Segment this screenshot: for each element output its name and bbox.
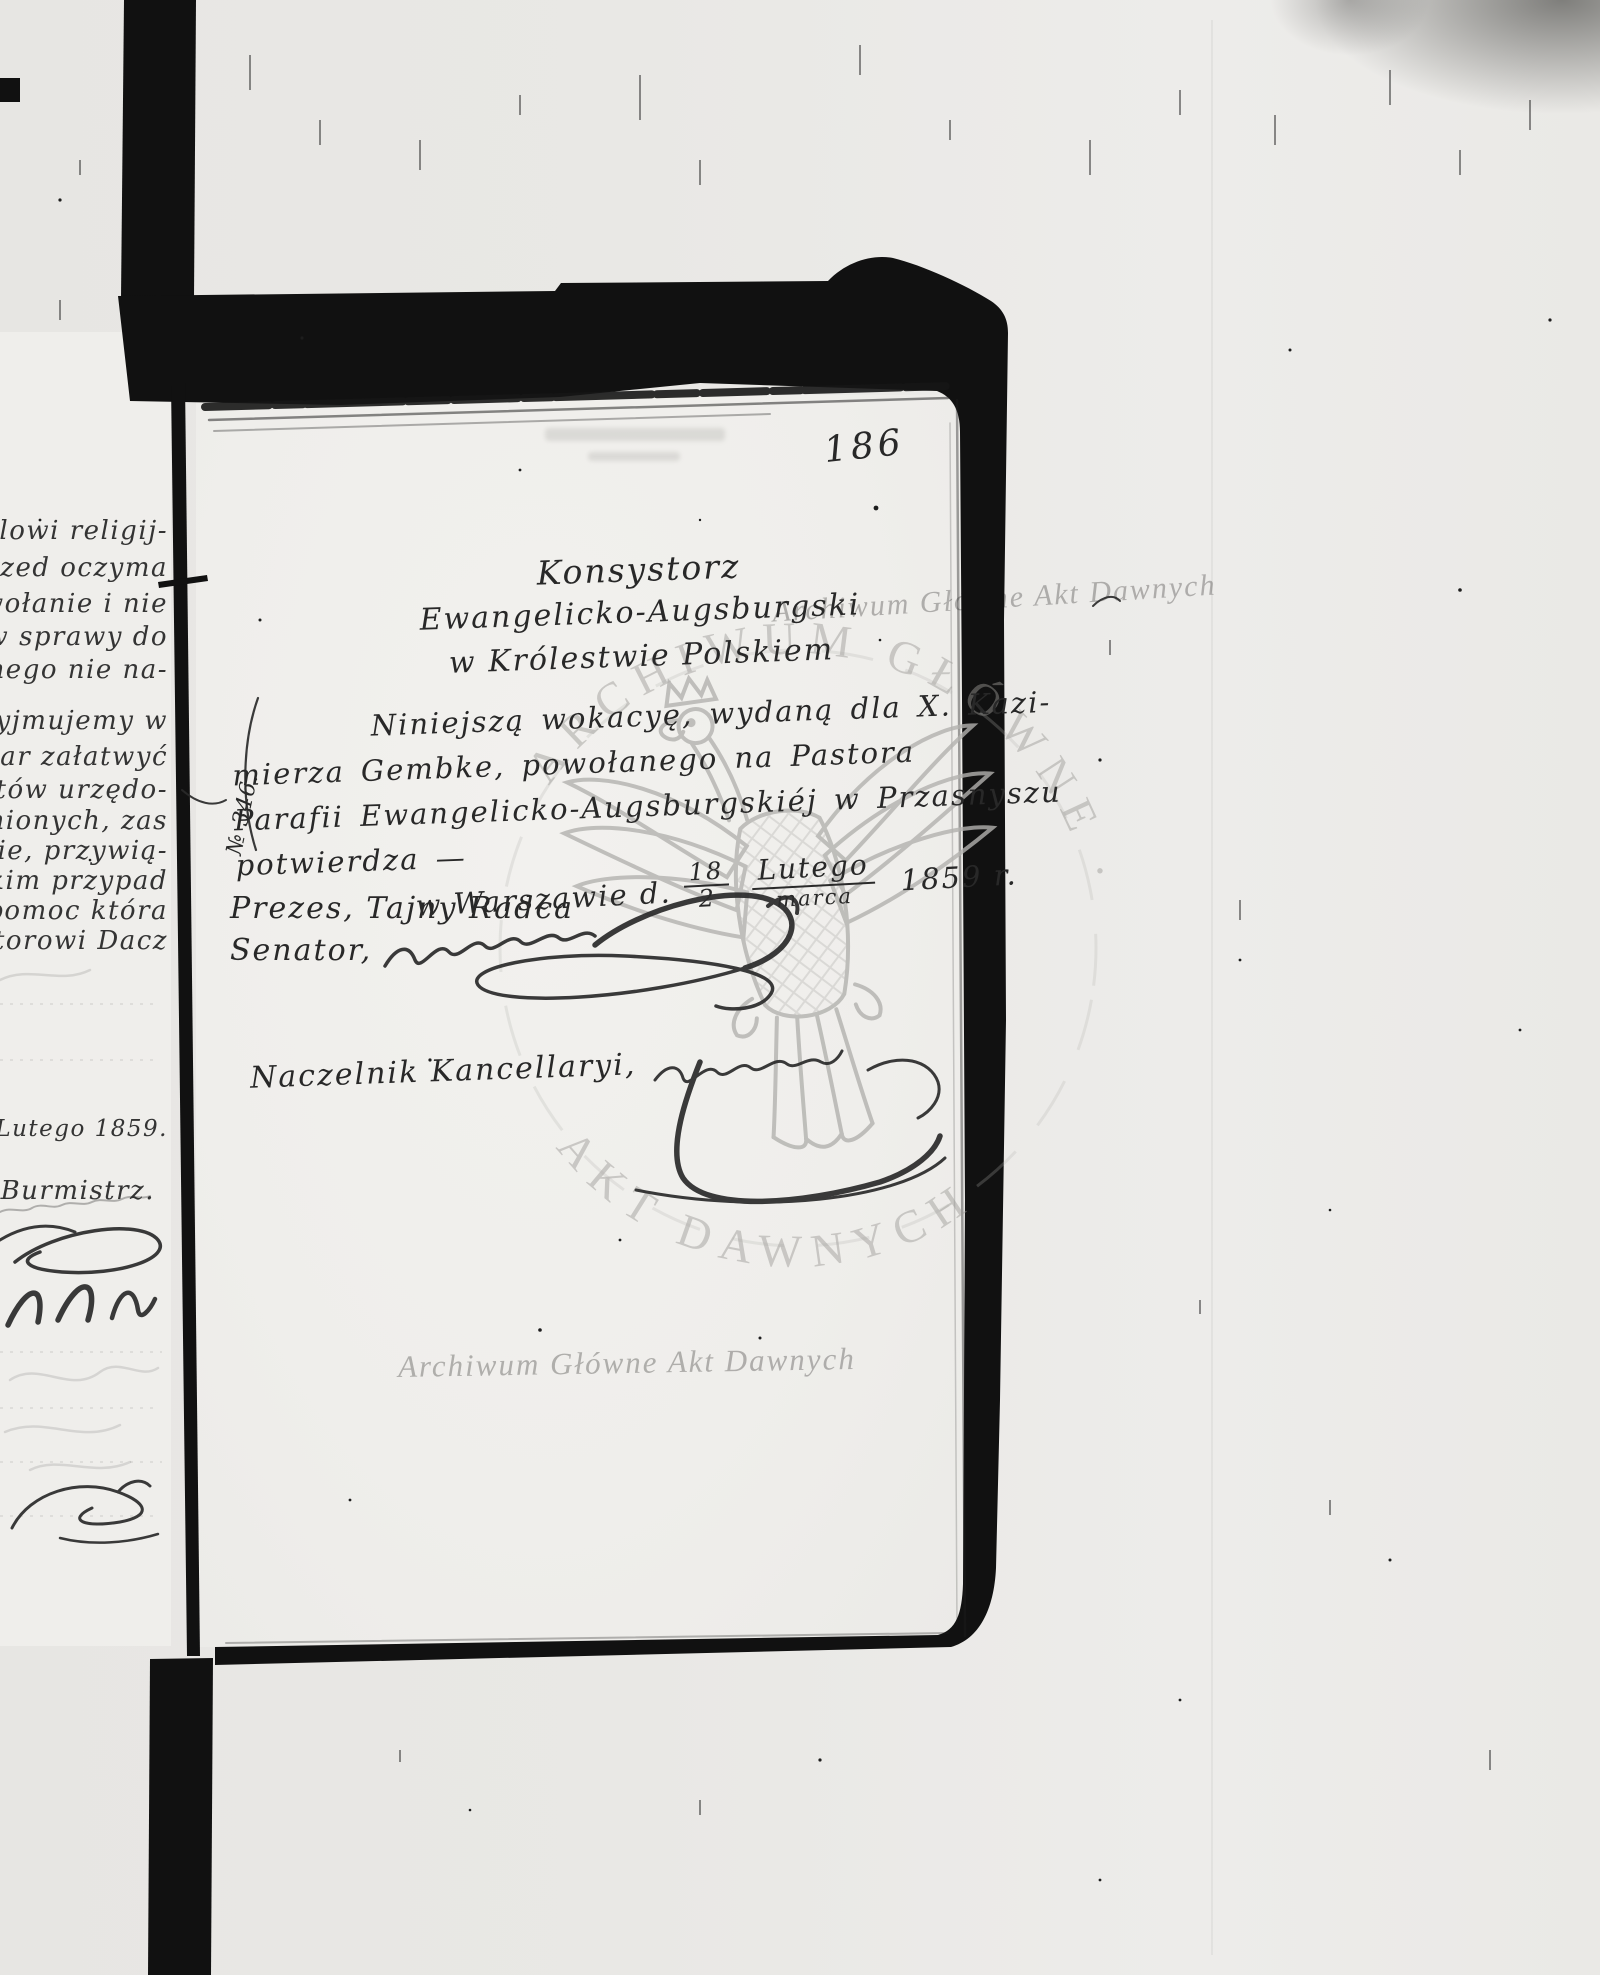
microfilm-scan: Archiwum Główne Akt Dawnych — [0, 0, 1600, 1975]
film-scratches — [60, 20, 1530, 1955]
film-dust-layer — [0, 0, 1600, 1975]
film-smudge — [1270, 0, 1430, 56]
